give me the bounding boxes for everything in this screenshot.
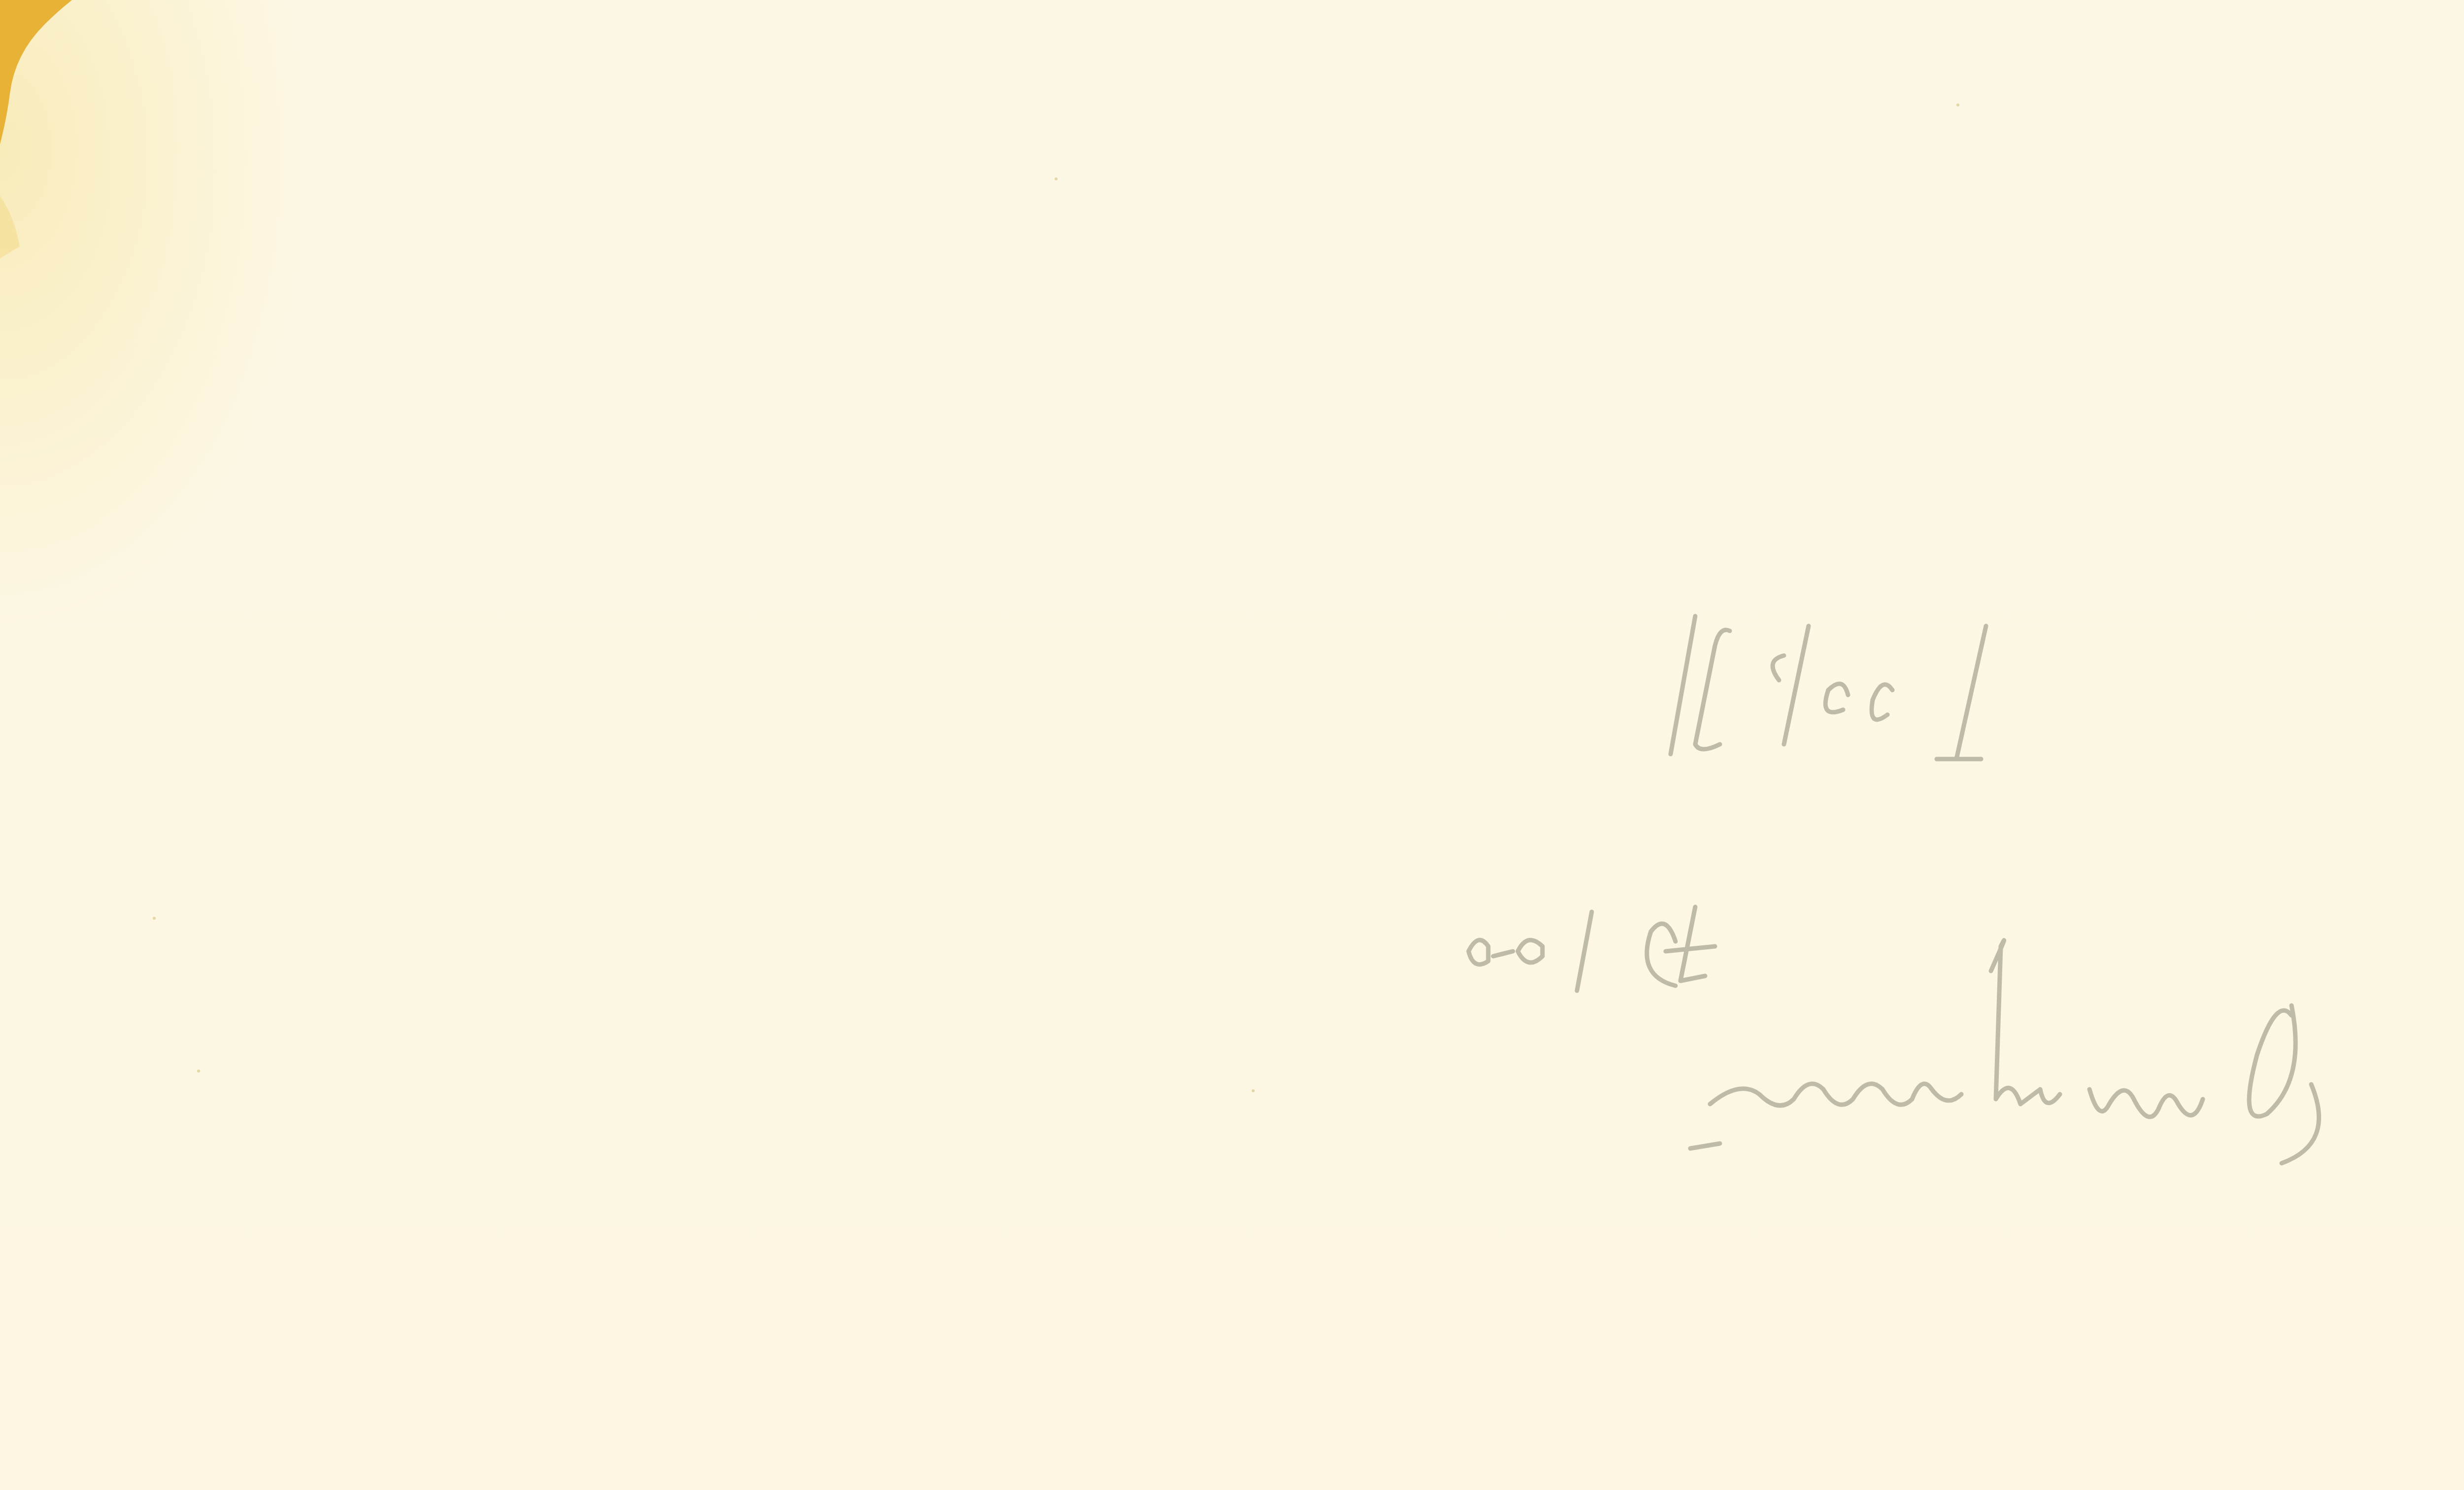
paper-speck xyxy=(1956,104,1959,106)
yellow-paint-stain xyxy=(0,0,118,276)
paper-sheet: Tokyo 1961 46/100 Bulgarini xyxy=(0,0,2464,1490)
paper-speck xyxy=(1252,1089,1255,1092)
signature: Bulgarini xyxy=(1518,927,2365,1203)
inscription-place-date: Tokyo 1961 xyxy=(1611,606,2016,774)
paper-speck xyxy=(197,1070,200,1073)
paper-speck xyxy=(1055,177,1058,180)
paper-speck xyxy=(153,917,156,920)
